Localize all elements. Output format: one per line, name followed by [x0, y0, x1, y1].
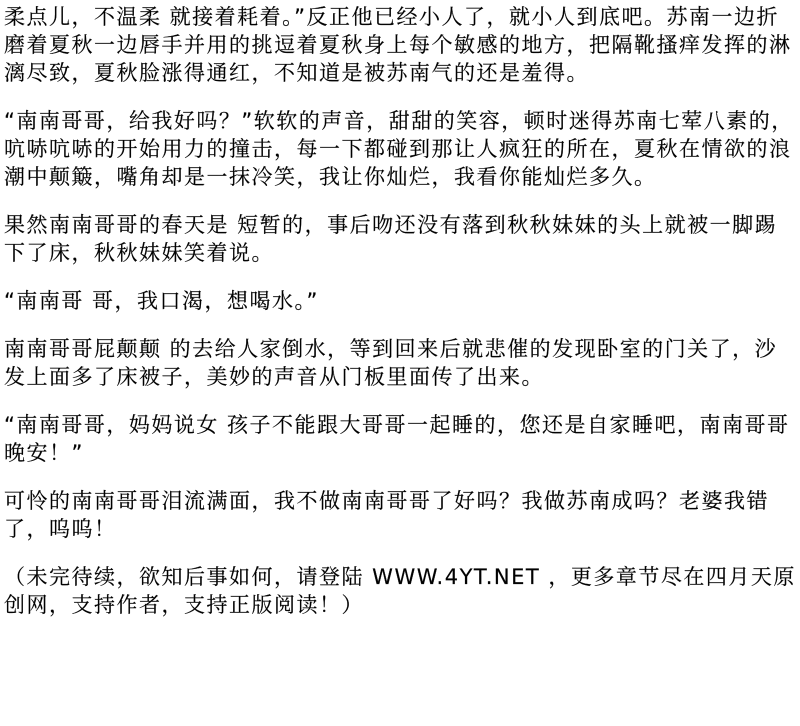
novel-paragraph-7: 可怜的南南哥哥泪流满面，我不做南南哥哥了好吗？我做苏南成吗？老婆我错了，呜呜！ [4, 487, 798, 543]
novel-paragraph-2: “南南哥哥，给我好吗？”软软的声音，甜甜的笑容，顿时迷得苏南七荤八素的，吭哧吭哧… [4, 107, 798, 191]
page-content: 柔点儿，不温柔 就接着耗着。”反正他已经小人了，就小人到底吧。苏南一边折磨着夏秋… [0, 0, 800, 619]
novel-paragraph-4: “南南哥 哥，我口渴，想喝水。” [4, 287, 798, 315]
novel-paragraph-3: 果然南南哥哥的春天是 短暂的，事后吻还没有落到秋秋妹妹的头上就被一脚踢下了床，秋… [4, 211, 798, 267]
novel-paragraph-6: “南南哥哥，妈妈说女 孩子不能跟大哥哥一起睡的，您还是自家睡吧，南南哥哥晚安！” [4, 411, 798, 467]
novel-paragraph-1: 柔点儿，不温柔 就接着耗着。”反正他已经小人了，就小人到底吧。苏南一边折磨着夏秋… [4, 3, 798, 87]
novel-paragraph-5: 南南哥哥屁颠颠 的去给人家倒水，等到回来后就悲催的发现卧室的门关了，沙发上面多了… [4, 335, 798, 391]
novel-paragraph-8: （未完待续，欲知后事如何，请登陆 WWW.4YT.NET ，更多章节尽在四月天原… [4, 563, 798, 619]
